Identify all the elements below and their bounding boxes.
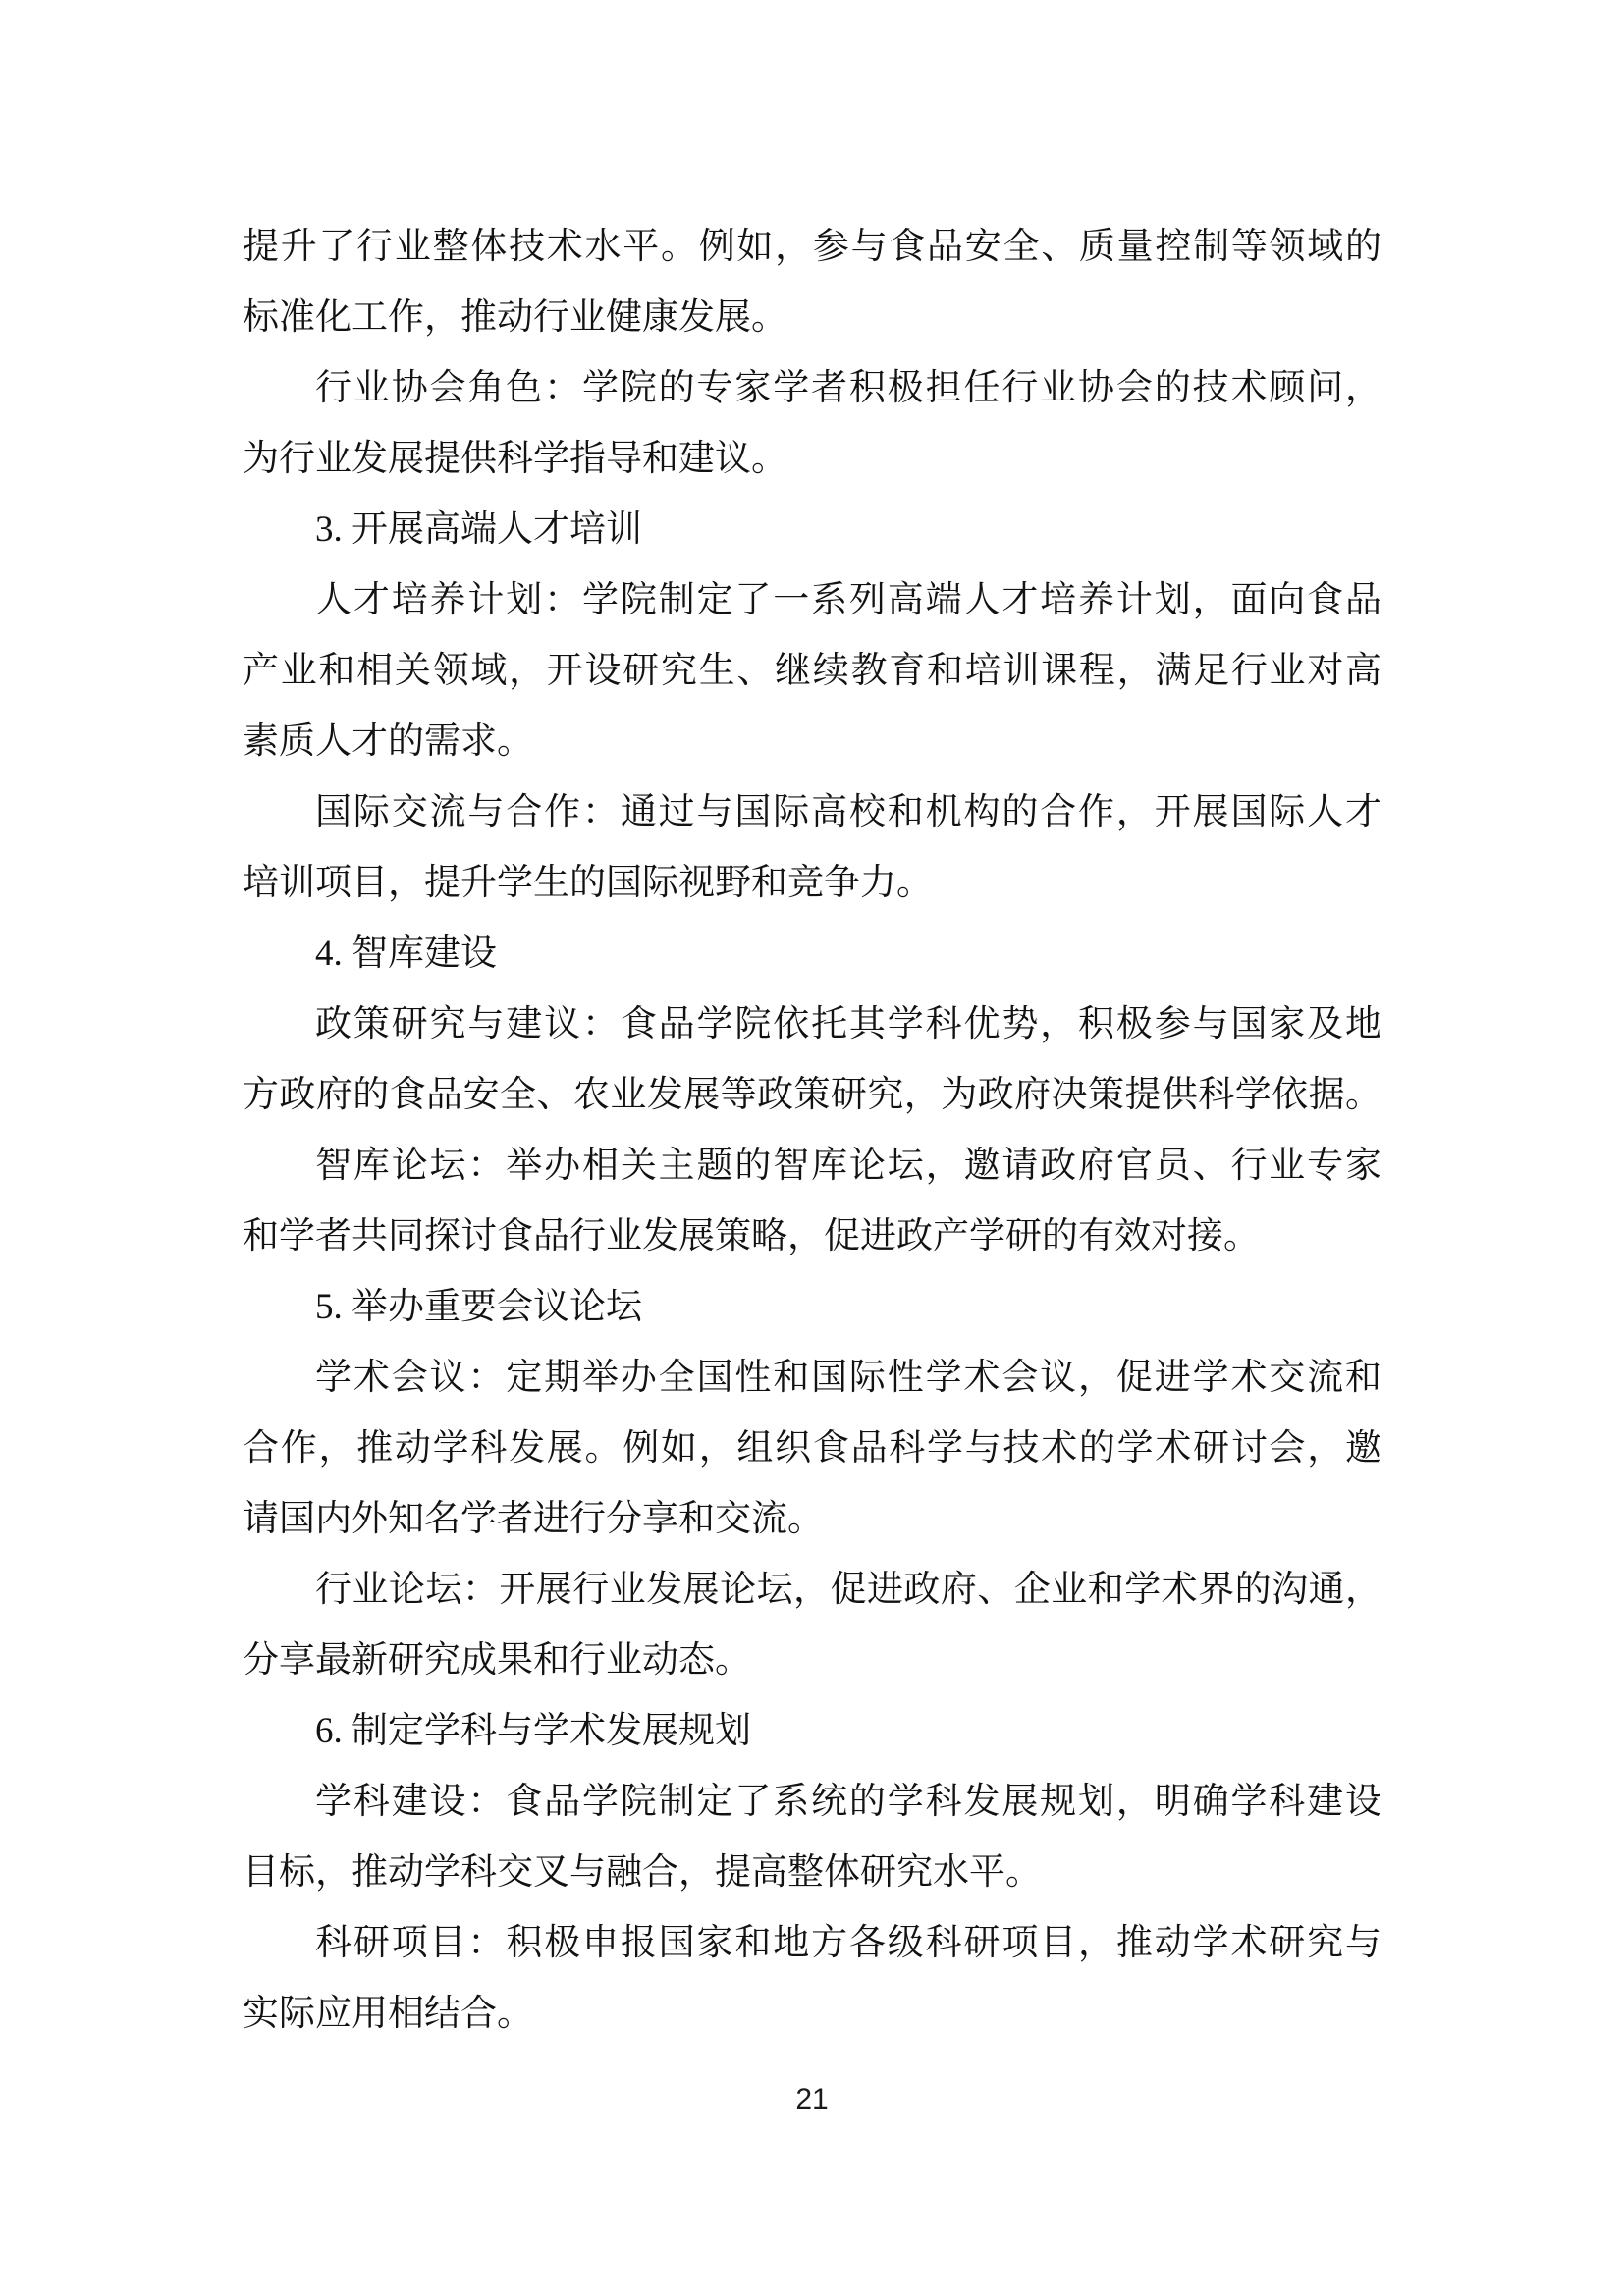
text-line: 实际应用相结合。: [243, 1991, 1381, 2061]
text-line: 合作，推动学科发展。例如，组织食品科学与技术的学术研讨会，邀: [243, 1425, 1381, 1496]
page-number: 21: [0, 2083, 1624, 2116]
text-line: 5. 举办重要会议论坛: [243, 1284, 1381, 1355]
text-line: 请国内外知名学者进行分享和交流。: [243, 1496, 1381, 1567]
text-line: 目标，推动学科交叉与融合，提高整体研究水平。: [243, 1849, 1381, 1920]
text-line: 标准化工作，推动行业健康发展。: [243, 294, 1381, 365]
text-line: 4. 智库建设: [243, 931, 1381, 1001]
text-line: 行业论坛：开展行业发展论坛，促进政府、企业和学术界的沟通，: [243, 1567, 1381, 1637]
document-page: 提升了行业整体技术水平。例如，参与食品安全、质量控制等领域的标准化工作，推动行业…: [0, 0, 1624, 2296]
text-line: 智库论坛：举办相关主题的智库论坛，邀请政府官员、行业专家: [243, 1143, 1381, 1213]
text-line: 提升了行业整体技术水平。例如，参与食品安全、质量控制等领域的: [243, 224, 1381, 294]
text-line: 学术会议：定期举办全国性和国际性学术会议，促进学术交流和: [243, 1355, 1381, 1425]
text-line: 和学者共同探讨食品行业发展策略，促进政产学研的有效对接。: [243, 1213, 1381, 1284]
text-line: 3. 开展高端人才培训: [243, 507, 1381, 577]
text-line: 6. 制定学科与学术发展规划: [243, 1708, 1381, 1779]
text-block: 提升了行业整体技术水平。例如，参与食品安全、质量控制等领域的标准化工作，推动行业…: [243, 224, 1381, 2061]
text-line: 为行业发展提供科学指导和建议。: [243, 436, 1381, 507]
text-line: 培训项目，提升学生的国际视野和竞争力。: [243, 860, 1381, 931]
text-line: 行业协会角色：学院的专家学者积极担任行业协会的技术顾问，: [243, 365, 1381, 436]
text-line: 政策研究与建议：食品学院依托其学科优势，积极参与国家及地: [243, 1001, 1381, 1072]
text-line: 国际交流与合作：通过与国际高校和机构的合作，开展国际人才: [243, 789, 1381, 860]
text-line: 方政府的食品安全、农业发展等政策研究，为政府决策提供科学依据。: [243, 1072, 1381, 1143]
text-line: 产业和相关领域，开设研究生、继续教育和培训课程，满足行业对高: [243, 648, 1381, 719]
text-line: 人才培养计划：学院制定了一系列高端人才培养计划，面向食品: [243, 577, 1381, 648]
text-line: 素质人才的需求。: [243, 719, 1381, 789]
text-line: 科研项目：积极申报国家和地方各级科研项目，推动学术研究与: [243, 1920, 1381, 1991]
text-line: 分享最新研究成果和行业动态。: [243, 1637, 1381, 1708]
text-line: 学科建设：食品学院制定了系统的学科发展规划，明确学科建设: [243, 1779, 1381, 1849]
